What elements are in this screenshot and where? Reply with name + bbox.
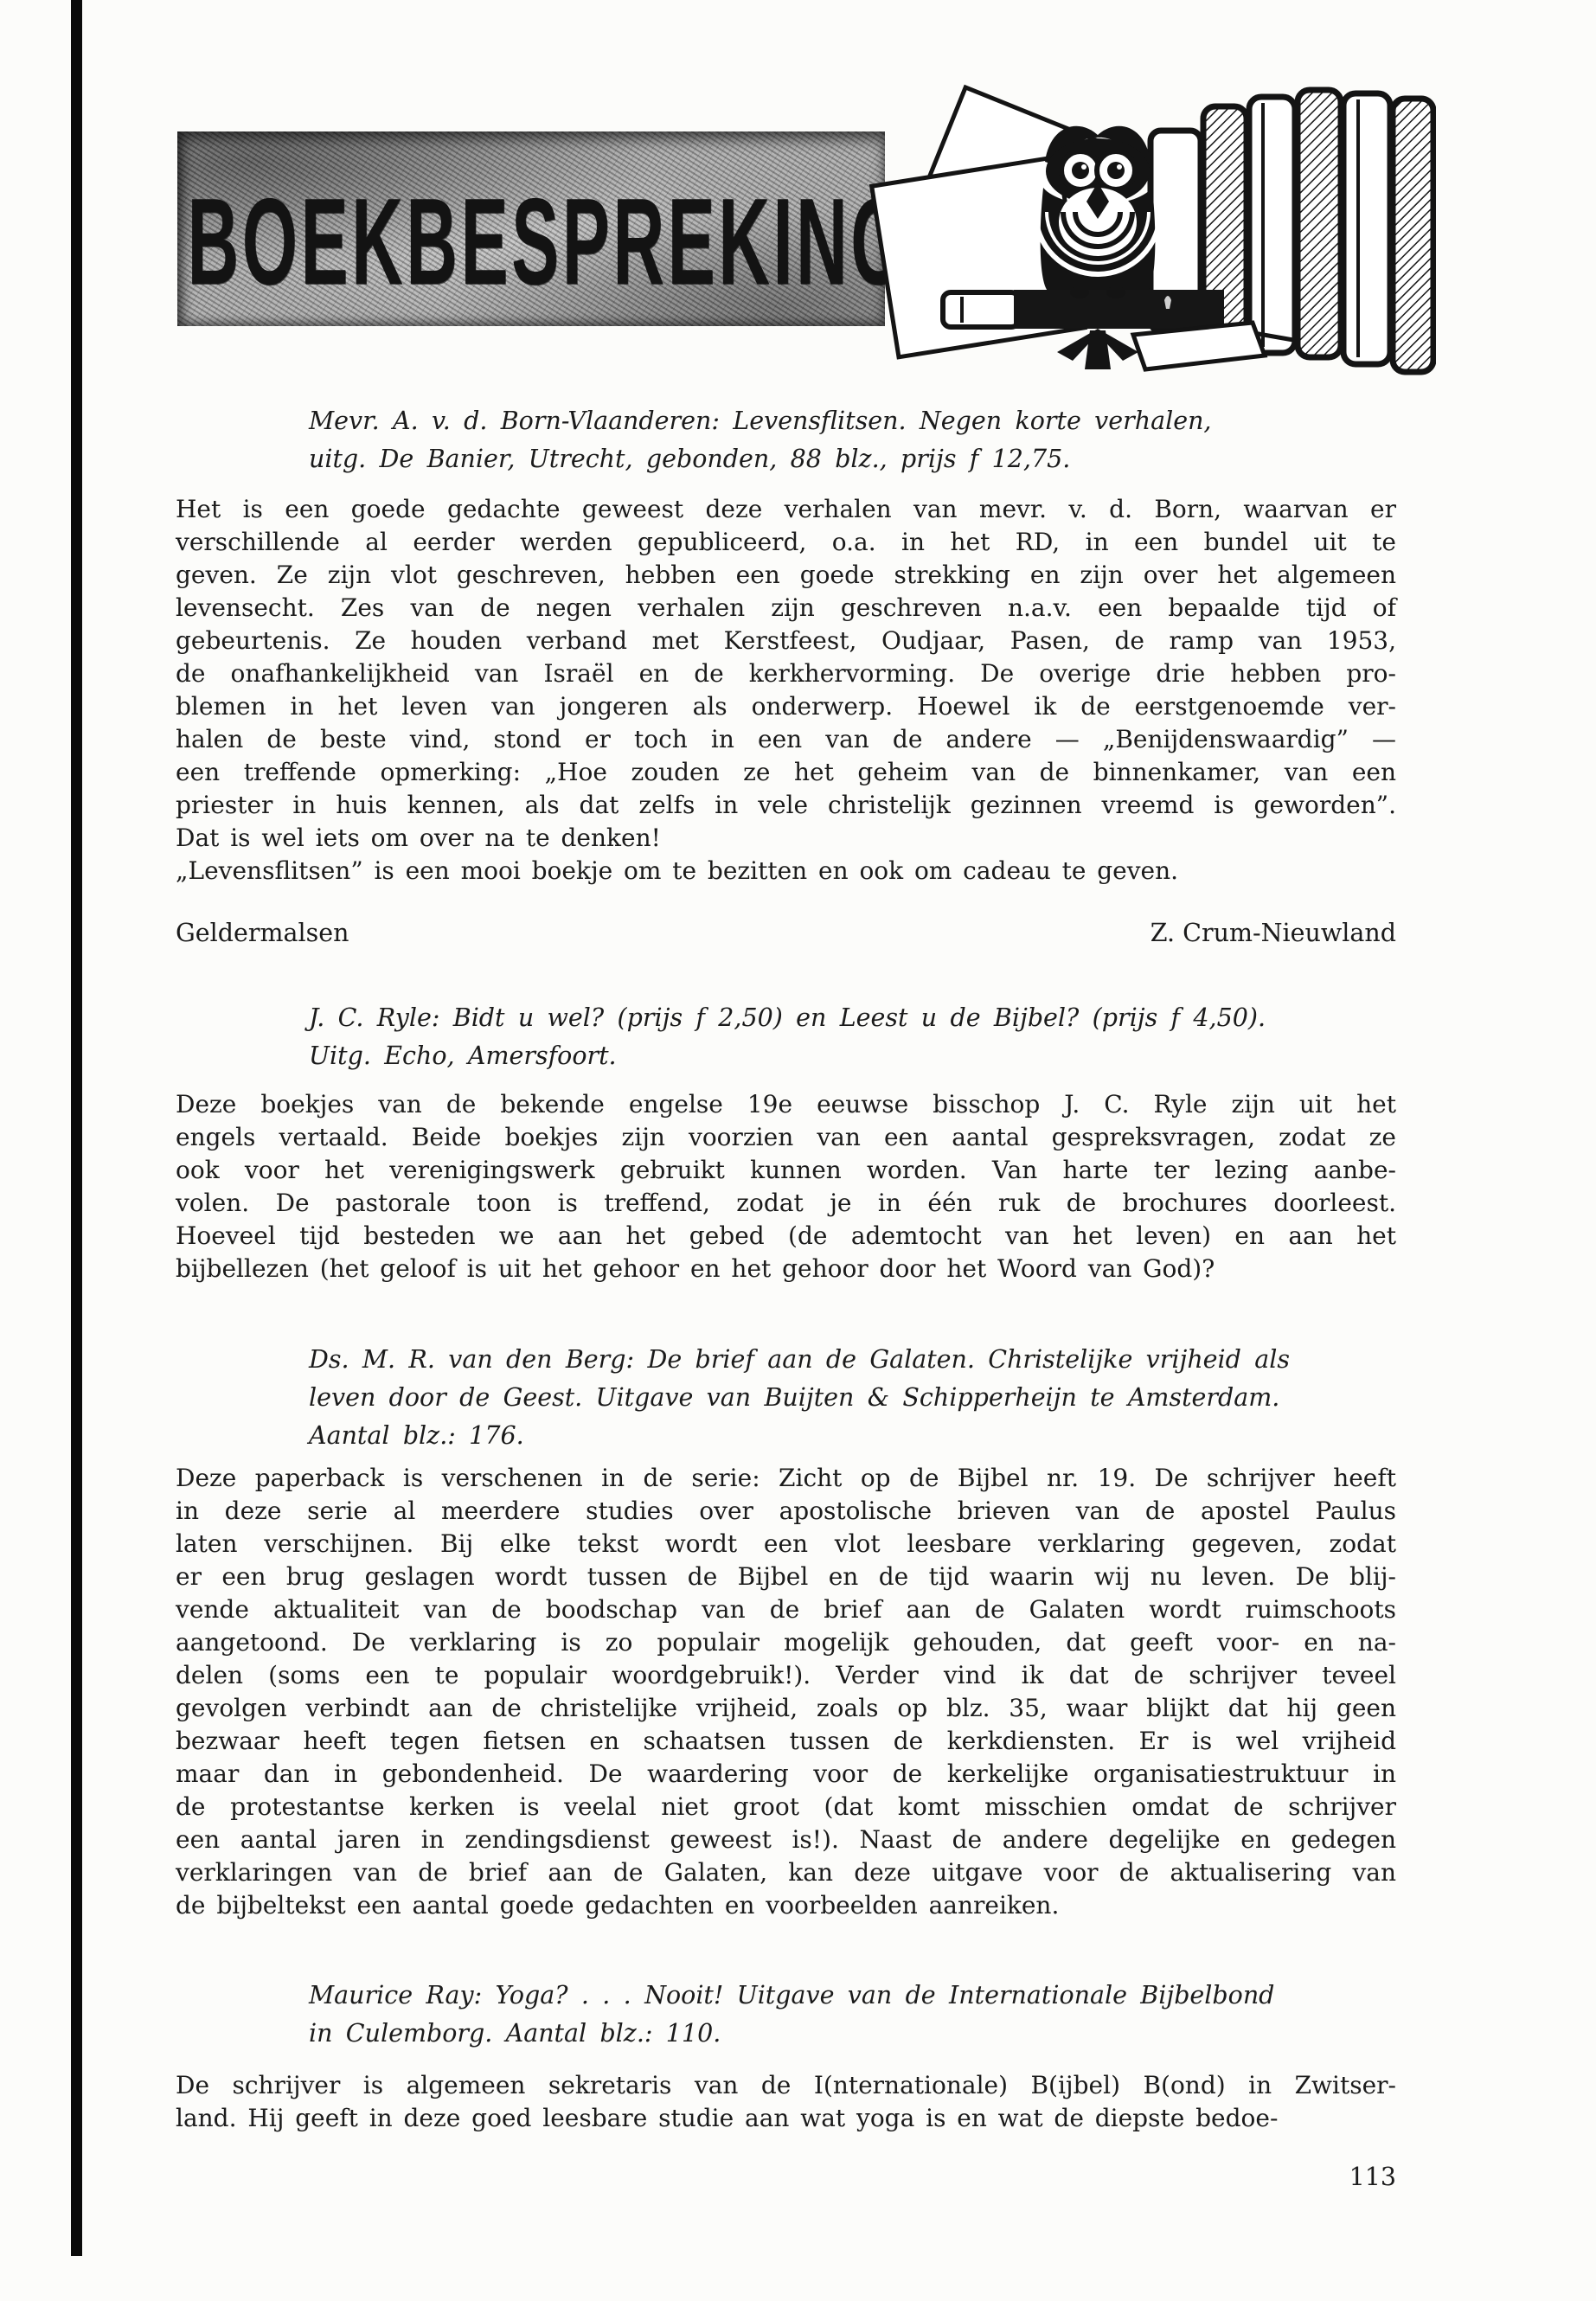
signature-author: Z. Crum-Nieuwland [1151,917,1396,950]
heading-line: J. C. Ryle: Bidt u wel? (prijs f 2,50) e… [309,999,1362,1037]
body-line: een aantal jaren in zendingsdienst gewee… [176,1823,1396,1856]
body-line: laten verschijnen. Bij elke tekst wordt … [176,1528,1396,1561]
body-line: blemen in het leven van jongeren als ond… [176,690,1396,723]
body-line: bijbellezen (het geloof is uit het gehoo… [176,1253,1396,1285]
heading-line: Aantal blz.: 176. [309,1417,1362,1455]
body-line: vende aktualiteit van de boodschap van d… [176,1593,1396,1626]
body-line: Deze boekjes van de bekende engelse 19e … [176,1088,1396,1121]
body-line: „Levensflitsen” is een mooi boekje om te… [176,855,1396,888]
body-line: engels vertaald. Beide boekjes zijn voor… [176,1121,1396,1154]
review-heading: J. C. Ryle: Bidt u wel? (prijs f 2,50) e… [309,999,1362,1075]
body-line: verklaringen van de brief aan de Galaten… [176,1856,1396,1889]
body-line: geven. Ze zijn vlot geschreven, hebben e… [176,559,1396,592]
signature-row: GeldermalsenZ. Crum-Nieuwland [176,917,1396,950]
body-line: de bijbeltekst een aantal goede gedachte… [176,1889,1396,1922]
body-line: verschillende al eerder werden gepublice… [176,526,1396,559]
body-line: Deze paperback is verschenen in de serie… [176,1462,1396,1495]
body-line: volen. De pastorale toon is treffend, zo… [176,1187,1396,1220]
heading-line: Ds. M. R. van den Berg: De brief aan de … [309,1341,1362,1379]
body-line: land. Hij geeft in deze goed leesbare st… [176,2102,1396,2135]
section-title-banner: BOEKBESPREKING [177,131,885,326]
body-line: gebeurtenis. Ze houden verband met Kerst… [176,625,1396,657]
review-heading: Mevr. A. v. d. Born-Vlaanderen: Levensfl… [309,402,1362,478]
body-line: de onafhankelijkheid van Israël en de ke… [176,657,1396,690]
section-title: BOEKBESPREKING [177,181,885,326]
body-line: gevolgen verbindt aan de christelijke vr… [176,1692,1396,1725]
review-heading: Maurice Ray: Yoga? . . . Nooit! Uitgave … [309,1977,1362,2053]
body-paragraph: Deze paperback is verschenen in de serie… [176,1462,1396,1922]
body-line: in deze serie al meerdere studies over a… [176,1495,1396,1528]
body-line: Dat is wel iets om over na te denken! [176,822,1396,855]
body-paragraph: „Levensflitsen” is een mooi boekje om te… [176,855,1396,888]
body-line: Het is een goede gedachte geweest deze v… [176,493,1396,526]
body-paragraph: Deze boekjes van de bekende engelse 19e … [176,1088,1396,1285]
body-line: ook voor het verenigingswerk gebruikt ku… [176,1154,1396,1187]
signature-place: Geldermalsen [176,917,349,950]
body-line: een treffende opmerking: „Hoe zouden ze … [176,756,1396,789]
body-line: maar dan in gebondenheid. De waardering … [176,1758,1396,1791]
scanned-book-review-page: BOEKBESPREKING [0,0,1596,2301]
body-line: priester in huis kennen, als dat zelfs i… [176,789,1396,822]
heading-line: uitg. De Banier, Utrecht, gebonden, 88 b… [309,440,1362,478]
heading-line: Mevr. A. v. d. Born-Vlaanderen: Levensfl… [309,402,1362,440]
page-number: 113 [176,2161,1396,2194]
review-column: Mevr. A. v. d. Born-Vlaanderen: Levensfl… [176,402,1396,2194]
body-line: halen de beste vind, stond er toch in ee… [176,723,1396,756]
body-line: delen (soms een te populair woordgebruik… [176,1659,1396,1692]
body-line: Hoeveel tijd besteden we aan het gebed (… [176,1220,1396,1253]
body-line: aangetoond. De verklaring is zo populair… [176,1626,1396,1659]
body-line: levensecht. Zes van de negen verhalen zi… [176,592,1396,625]
heading-line: Maurice Ray: Yoga? . . . Nooit! Uitgave … [309,1977,1362,2015]
body-line: de protestantse kerken is veelal niet gr… [176,1791,1396,1823]
heading-line: Uitg. Echo, Amersfoort. [309,1037,1362,1075]
review-heading: Ds. M. R. van den Berg: De brief aan de … [309,1341,1362,1455]
body-paragraph: De schrijver is algemeen sekretaris van … [176,2069,1396,2135]
body-line: bezwaar heeft tegen fietsen en schaatsen… [176,1725,1396,1758]
owl-icon [1035,126,1160,292]
body-paragraph: Het is een goede gedachte geweest deze v… [176,493,1396,855]
heading-line: in Culemborg. Aantal blz.: 110. [309,2015,1362,2053]
body-line: De schrijver is algemeen sekretaris van … [176,2069,1396,2102]
heading-line: leven door de Geest. Uitgave van Buijten… [309,1379,1362,1417]
body-line: er een brug geslagen wordt tussen de Bij… [176,1561,1396,1593]
